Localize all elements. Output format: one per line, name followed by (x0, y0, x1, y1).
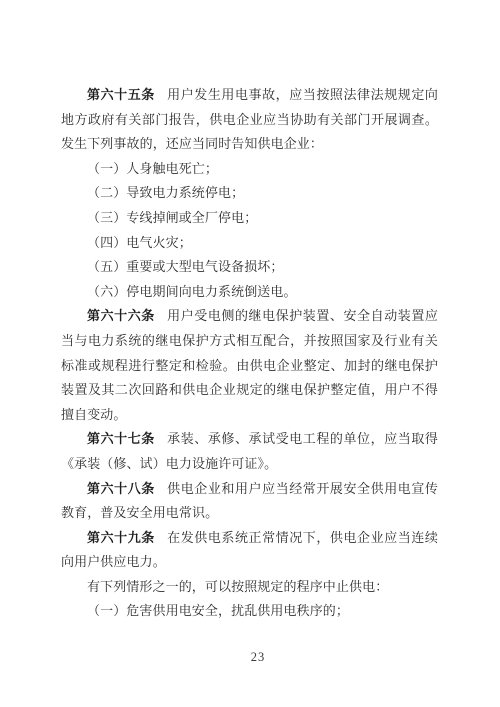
article-68-paragraph: 第六十八条供电企业和用户应当经常开展安全供用电宣传教育，普及安全用电常识。 (61, 477, 438, 526)
list-item-5: （五）重要或大型电气设备损坏； (61, 255, 438, 280)
list-item-6: （六）停电期间向电力系统倒送电。 (61, 280, 438, 305)
list-item-1: （一）人身触电死亡； (61, 157, 438, 182)
intro-paragraph: 有下列情形之一的，可以按照规定的程序中止供电： (61, 575, 438, 600)
article-65-number: 第六十五条 (87, 87, 155, 102)
article-67-number: 第六十七条 (87, 431, 155, 446)
list-item-4: （四）电气火灾； (61, 231, 438, 256)
document-body: 第六十五条用户发生用电事故，应当按照法律法规规定向地方政府有关部门报告，供电企业… (61, 83, 438, 624)
list-item-7: （一）危害供用电安全，扰乱供用电秩序的； (61, 599, 438, 624)
page-footer: 23 (0, 648, 500, 666)
article-67-paragraph: 第六十七条承装、承修、承试受电工程的单位，应当取得《承装（修、试）电力设施许可证… (61, 427, 438, 476)
page-number: 23 (251, 650, 266, 665)
list-item-3: （三）专线掉闸或全厂停电； (61, 206, 438, 231)
article-66-paragraph: 第六十六条用户受电侧的继电保护装置、安全自动装置应当与电力系统的继电保护方式相互… (61, 304, 438, 427)
article-69-paragraph: 第六十九条在发供电系统正常情况下，供电企业应当连续向用户供应电力。 (61, 526, 438, 575)
article-65-paragraph: 第六十五条用户发生用电事故，应当按照法律法规规定向地方政府有关部门报告，供电企业… (61, 83, 438, 157)
article-66-text: 用户受电侧的继电保护装置、安全自动装置应当与电力系统的继电保护方式相互配合，并按… (61, 308, 438, 421)
article-69-number: 第六十九条 (87, 530, 155, 545)
article-66-number: 第六十六条 (87, 308, 155, 323)
document-page: 第六十五条用户发生用电事故，应当按照法律法规规定向地方政府有关部门报告，供电企业… (0, 0, 500, 707)
list-item-2: （二）导致电力系统停电； (61, 181, 438, 206)
article-68-number: 第六十八条 (87, 481, 155, 496)
